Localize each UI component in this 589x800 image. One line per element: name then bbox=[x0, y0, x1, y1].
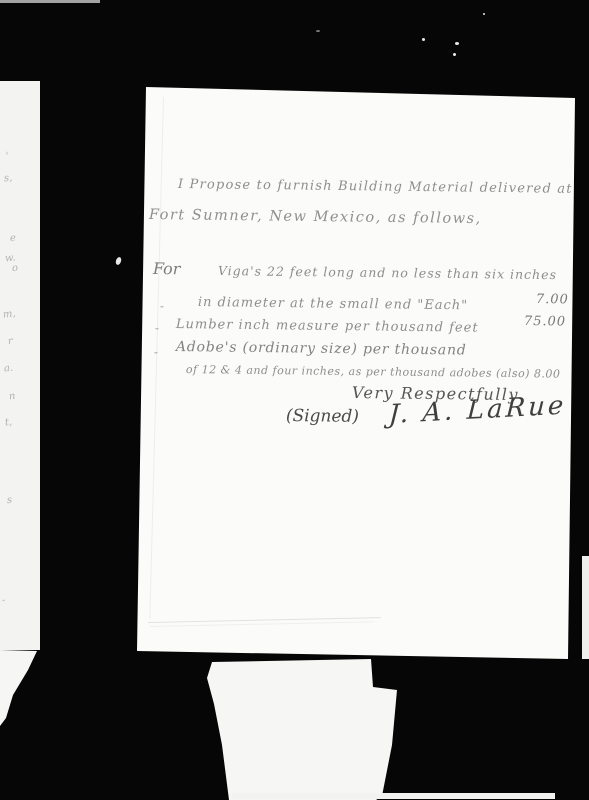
price-value: 7.00 bbox=[536, 292, 569, 307]
dust-speck bbox=[483, 13, 485, 15]
handwriting-fragment: - bbox=[1, 595, 6, 606]
item-marker: - bbox=[160, 299, 164, 313]
handwriting-line: Adobe's (ordinary size) per thousand bbox=[176, 339, 467, 359]
handwriting-line: Viga's 22 feet long and no less than six… bbox=[218, 263, 557, 282]
handwriting-line: Lumber inch measure per thousand feet bbox=[176, 317, 479, 336]
scan-artifact-strip bbox=[232, 793, 555, 799]
item-marker: - bbox=[155, 321, 159, 335]
handwriting-fragment: t, bbox=[4, 417, 12, 429]
handwriting-fragment: s, bbox=[3, 173, 12, 185]
handwriting-fragment: m, bbox=[2, 308, 16, 320]
handwriting-line: Fort Sumner, New Mexico, as follows, bbox=[149, 207, 482, 227]
price-value: 75.00 bbox=[524, 314, 566, 330]
scan-artifact-sliver bbox=[582, 556, 589, 659]
scan-edge-artifact bbox=[0, 0, 100, 3]
handwriting-line: in diameter at the small end "Each" bbox=[198, 295, 468, 313]
dust-speck bbox=[455, 42, 459, 45]
left-partial-page: ' s, e w. o m, r a. n t, s - bbox=[0, 81, 40, 650]
handwriting-fragment: ' bbox=[5, 151, 9, 162]
handwriting-line: of 12 & 4 and four inches, as per thousa… bbox=[186, 363, 561, 381]
handwriting-fragment: a. bbox=[3, 363, 13, 375]
dust-speck bbox=[316, 30, 320, 32]
dust-speck bbox=[115, 256, 122, 265]
item-marker: - bbox=[154, 345, 158, 359]
handwriting-fragment: o bbox=[11, 263, 18, 275]
handwriting-line: For bbox=[153, 259, 181, 278]
handwriting-fragment: s bbox=[6, 495, 12, 506]
handwriting-fragment: e bbox=[9, 233, 16, 245]
signed-label: (Signed) bbox=[286, 406, 359, 427]
scanned-document: ' s, e w. o m, r a. n t, s - I Propose t… bbox=[0, 0, 589, 800]
dust-speck bbox=[422, 38, 425, 41]
dust-speck bbox=[453, 53, 456, 56]
handwriting-line: I Propose to furnish Building Material d… bbox=[178, 177, 573, 197]
handwriting-fragment: r bbox=[7, 336, 13, 347]
handwriting-fragment: n bbox=[8, 391, 16, 403]
